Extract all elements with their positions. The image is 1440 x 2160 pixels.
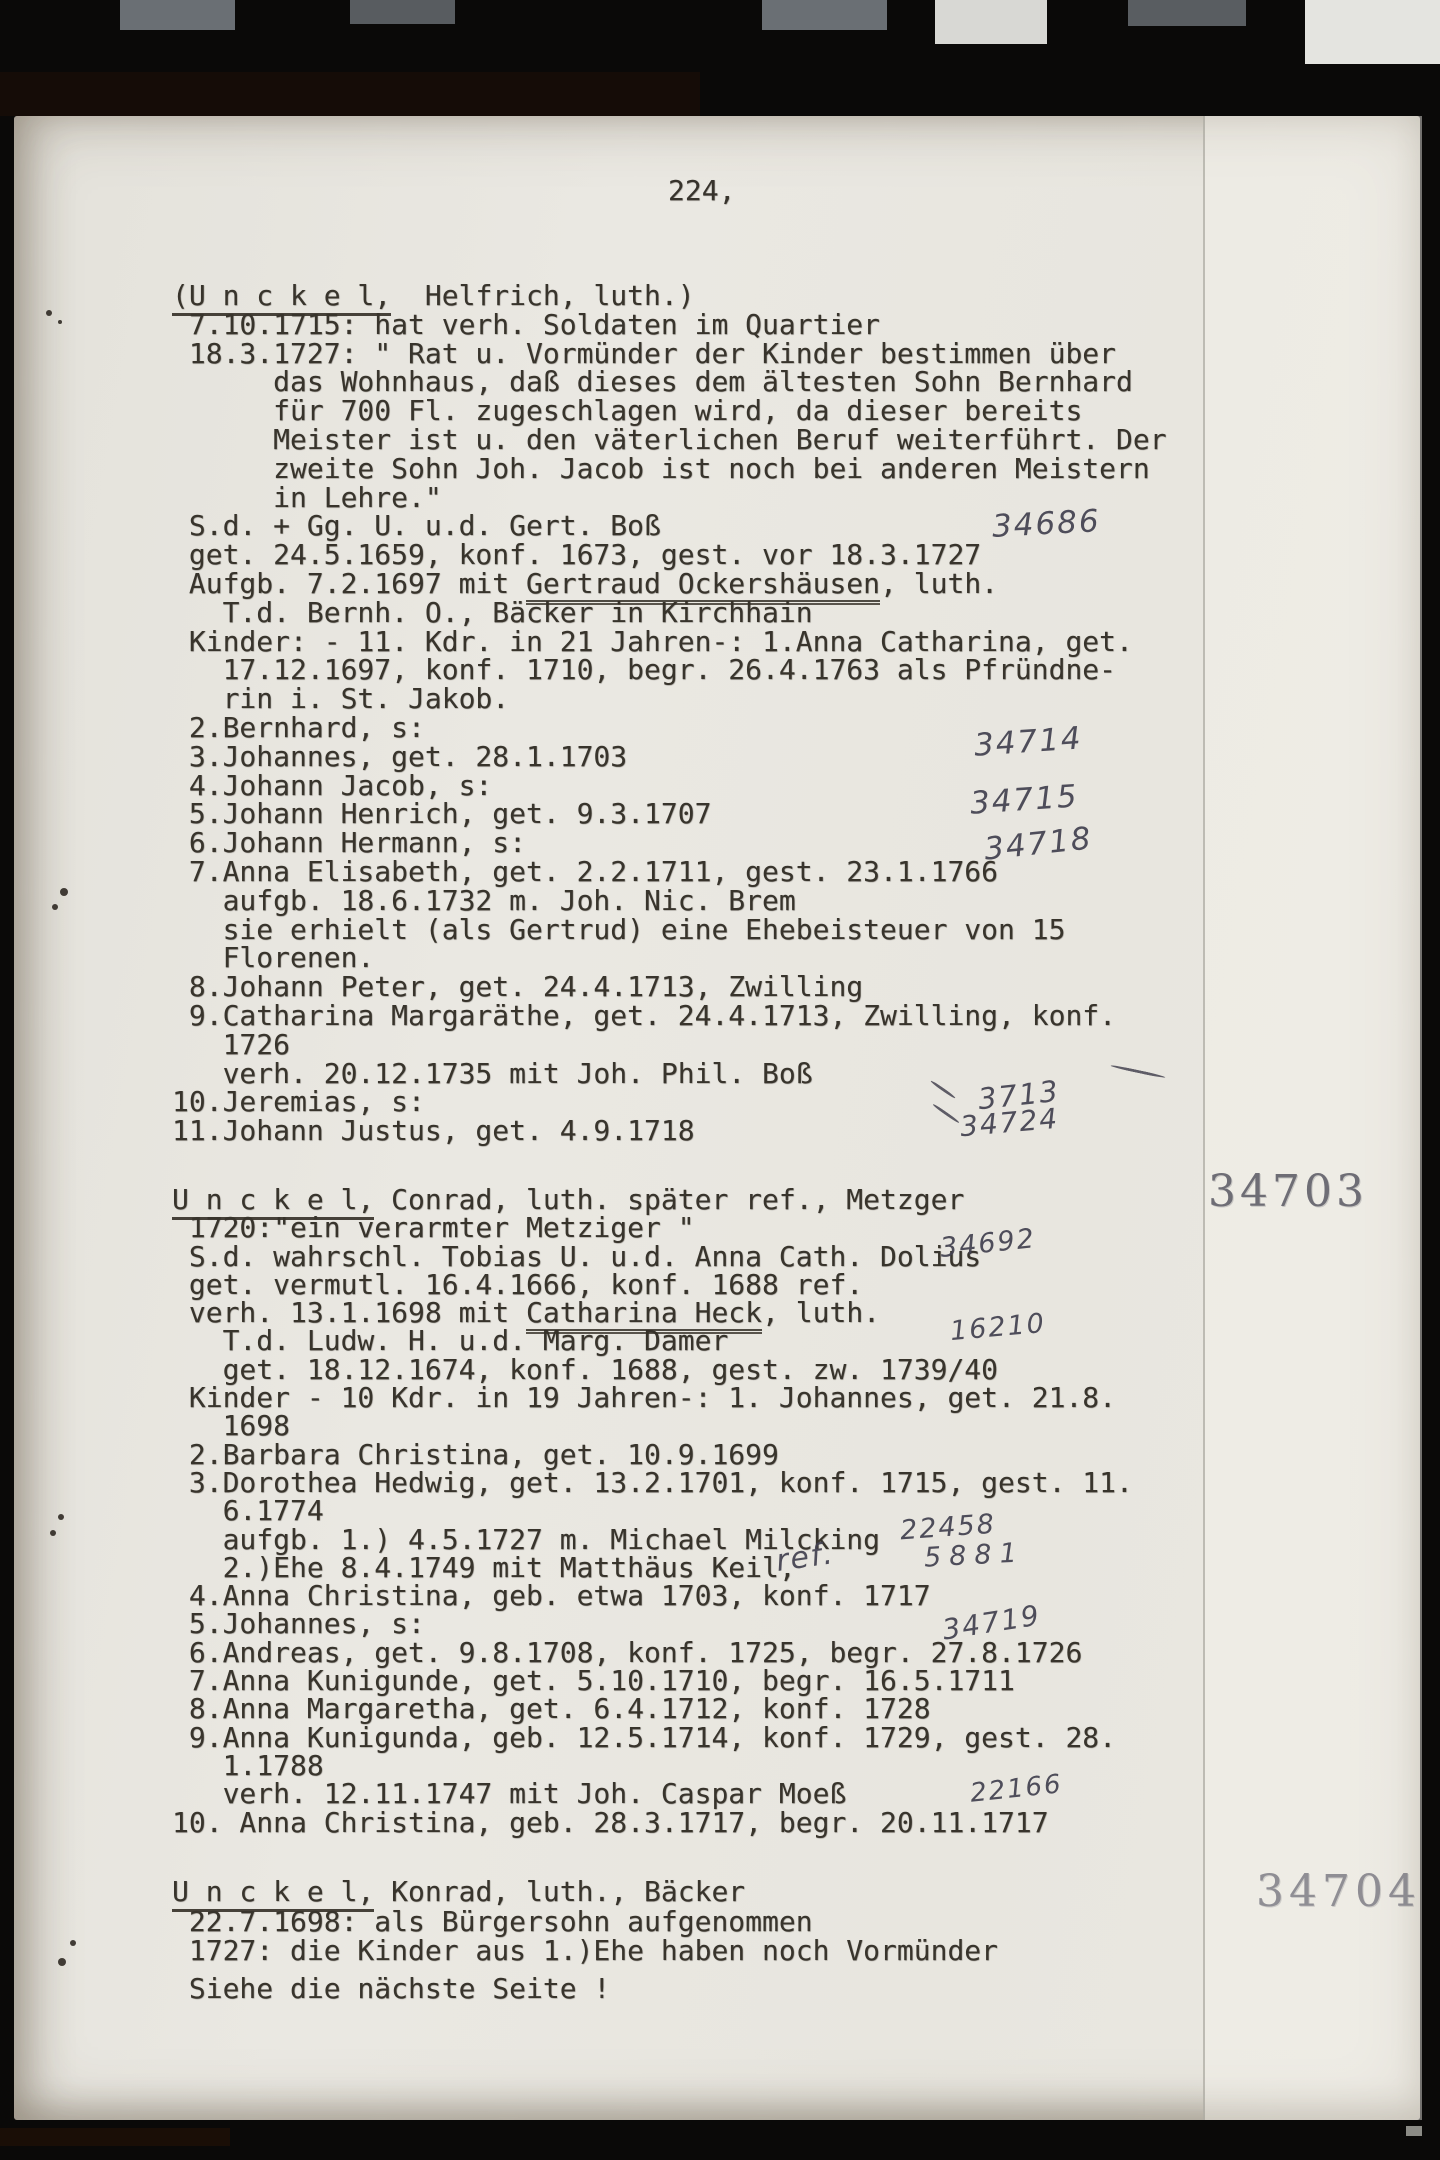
archive-number-stamp-bottom: 34704	[1256, 1866, 1421, 1917]
typed-line: U n c k e l, Konrad, luth., Bäcker	[172, 1877, 998, 1907]
scan-edge-patch	[350, 0, 455, 24]
ink-mark	[50, 1530, 56, 1536]
scan-edge-patch	[0, 2128, 230, 2146]
typed-line: 1726	[172, 1031, 1167, 1060]
typed-line: 9.Anna Kunigunda, geb. 12.5.1714, konf. …	[172, 1724, 1133, 1752]
typed-line: rin i. St. Jakob.	[172, 685, 1167, 714]
typed-line: zweite Sohn Joh. Jacob ist noch bei ande…	[172, 455, 1167, 484]
page-number: 224,	[668, 174, 735, 207]
handwritten-annotation: 5881	[923, 1537, 1025, 1573]
typed-line: das Wohnhaus, daß dieses dem ältesten So…	[172, 368, 1167, 397]
scanned-document-page: 224, (U n c k e l, Helfrich, luth.) 7.10…	[0, 0, 1440, 2160]
ink-mark	[58, 1958, 66, 1966]
typed-line: sie erhielt (als Gertrud) eine Ehebeiste…	[172, 916, 1167, 945]
typed-line: (U n c k e l, Helfrich, luth.)	[172, 282, 1167, 311]
typed-line: 6.Andreas, get. 9.8.1708, konf. 1725, be…	[172, 1639, 1133, 1667]
ink-mark	[60, 888, 68, 896]
typed-line: Florenen.	[172, 944, 1167, 973]
typed-line: 1698	[172, 1412, 1133, 1440]
handwritten-annotation: 34686	[991, 503, 1101, 545]
ink-mark	[58, 1514, 64, 1520]
typed-line: 22.7.1698: als Bürgersohn aufgenommen	[172, 1907, 998, 1937]
handwritten-annotation: 34714	[973, 720, 1084, 763]
typed-line: Siehe die nächste Seite !	[172, 1974, 610, 2003]
scan-artifact-band	[0, 72, 700, 116]
typed-line: get. 24.5.1659, konf. 1673, gest. vor 18…	[172, 541, 1167, 570]
ink-mark	[70, 1940, 76, 1946]
typed-line: für 700 Fl. zugeschlagen wird, da dieser…	[172, 397, 1167, 426]
typed-line: 8.Anna Margaretha, get. 6.4.1712, konf. …	[172, 1695, 1133, 1723]
typed-line: 17.12.1697, konf. 1710, begr. 26.4.1763 …	[172, 656, 1167, 685]
typed-line: 7.Anna Kunigunde, get. 5.10.1710, begr. …	[172, 1667, 1133, 1695]
ink-mark	[58, 320, 62, 324]
typed-line: 7.10.1715: hat verh. Soldaten im Quartie…	[172, 311, 1167, 340]
typed-line: Kinder - 10 Kdr. in 19 Jahren-: 1. Johan…	[172, 1384, 1133, 1412]
typed-line: 18.3.1727: " Rat u. Vormünder der Kinder…	[172, 340, 1167, 369]
typed-line: Kinder: - 11. Kdr. in 21 Jahren-: 1.Anna…	[172, 628, 1167, 657]
page-fold-line	[1203, 116, 1422, 2120]
scan-edge-patch	[1305, 0, 1440, 64]
typed-line: 3.Dorothea Hedwig, get. 13.2.1701, konf.…	[172, 1469, 1133, 1497]
scan-edge-patch	[120, 0, 235, 30]
archive-number-stamp-top: 34703	[1208, 1166, 1368, 1217]
typed-line: 2.Barbara Christina, get. 10.9.1699	[172, 1441, 1133, 1469]
scan-edge-patch	[1406, 2126, 1422, 2136]
handwritten-annotation: 34715	[969, 778, 1080, 821]
typed-line: get. 18.12.1674, konf. 1688, gest. zw. 1…	[172, 1356, 1133, 1384]
typed-line: aufgb. 18.6.1732 m. Joh. Nic. Brem	[172, 887, 1167, 916]
scan-edge-patch	[762, 0, 887, 30]
typed-line: 10. Anna Christina, geb. 28.3.1717, begr…	[172, 1809, 1133, 1837]
typed-line: 9.Catharina Margaräthe, get. 24.4.1713, …	[172, 1002, 1167, 1031]
ink-mark	[46, 310, 52, 316]
scan-edge-patch	[935, 0, 1047, 44]
typed-line: 1727: die Kinder aus 1.)Ehe haben noch V…	[172, 1936, 998, 1966]
typed-line: U n c k e l, Conrad, luth. später ref., …	[172, 1186, 1133, 1214]
typed-line: Aufgb. 7.2.1697 mit Gertraud Ockershäuse…	[172, 570, 1167, 599]
typed-line: Meister ist u. den väterlichen Beruf wei…	[172, 426, 1167, 455]
typed-line: 8.Johann Peter, get. 24.4.1713, Zwilling	[172, 973, 1167, 1002]
scan-edge-patch	[1128, 0, 1246, 26]
ink-mark	[52, 904, 58, 910]
typed-line: get. vermutl. 16.4.1666, konf. 1688 ref.	[172, 1271, 1133, 1299]
